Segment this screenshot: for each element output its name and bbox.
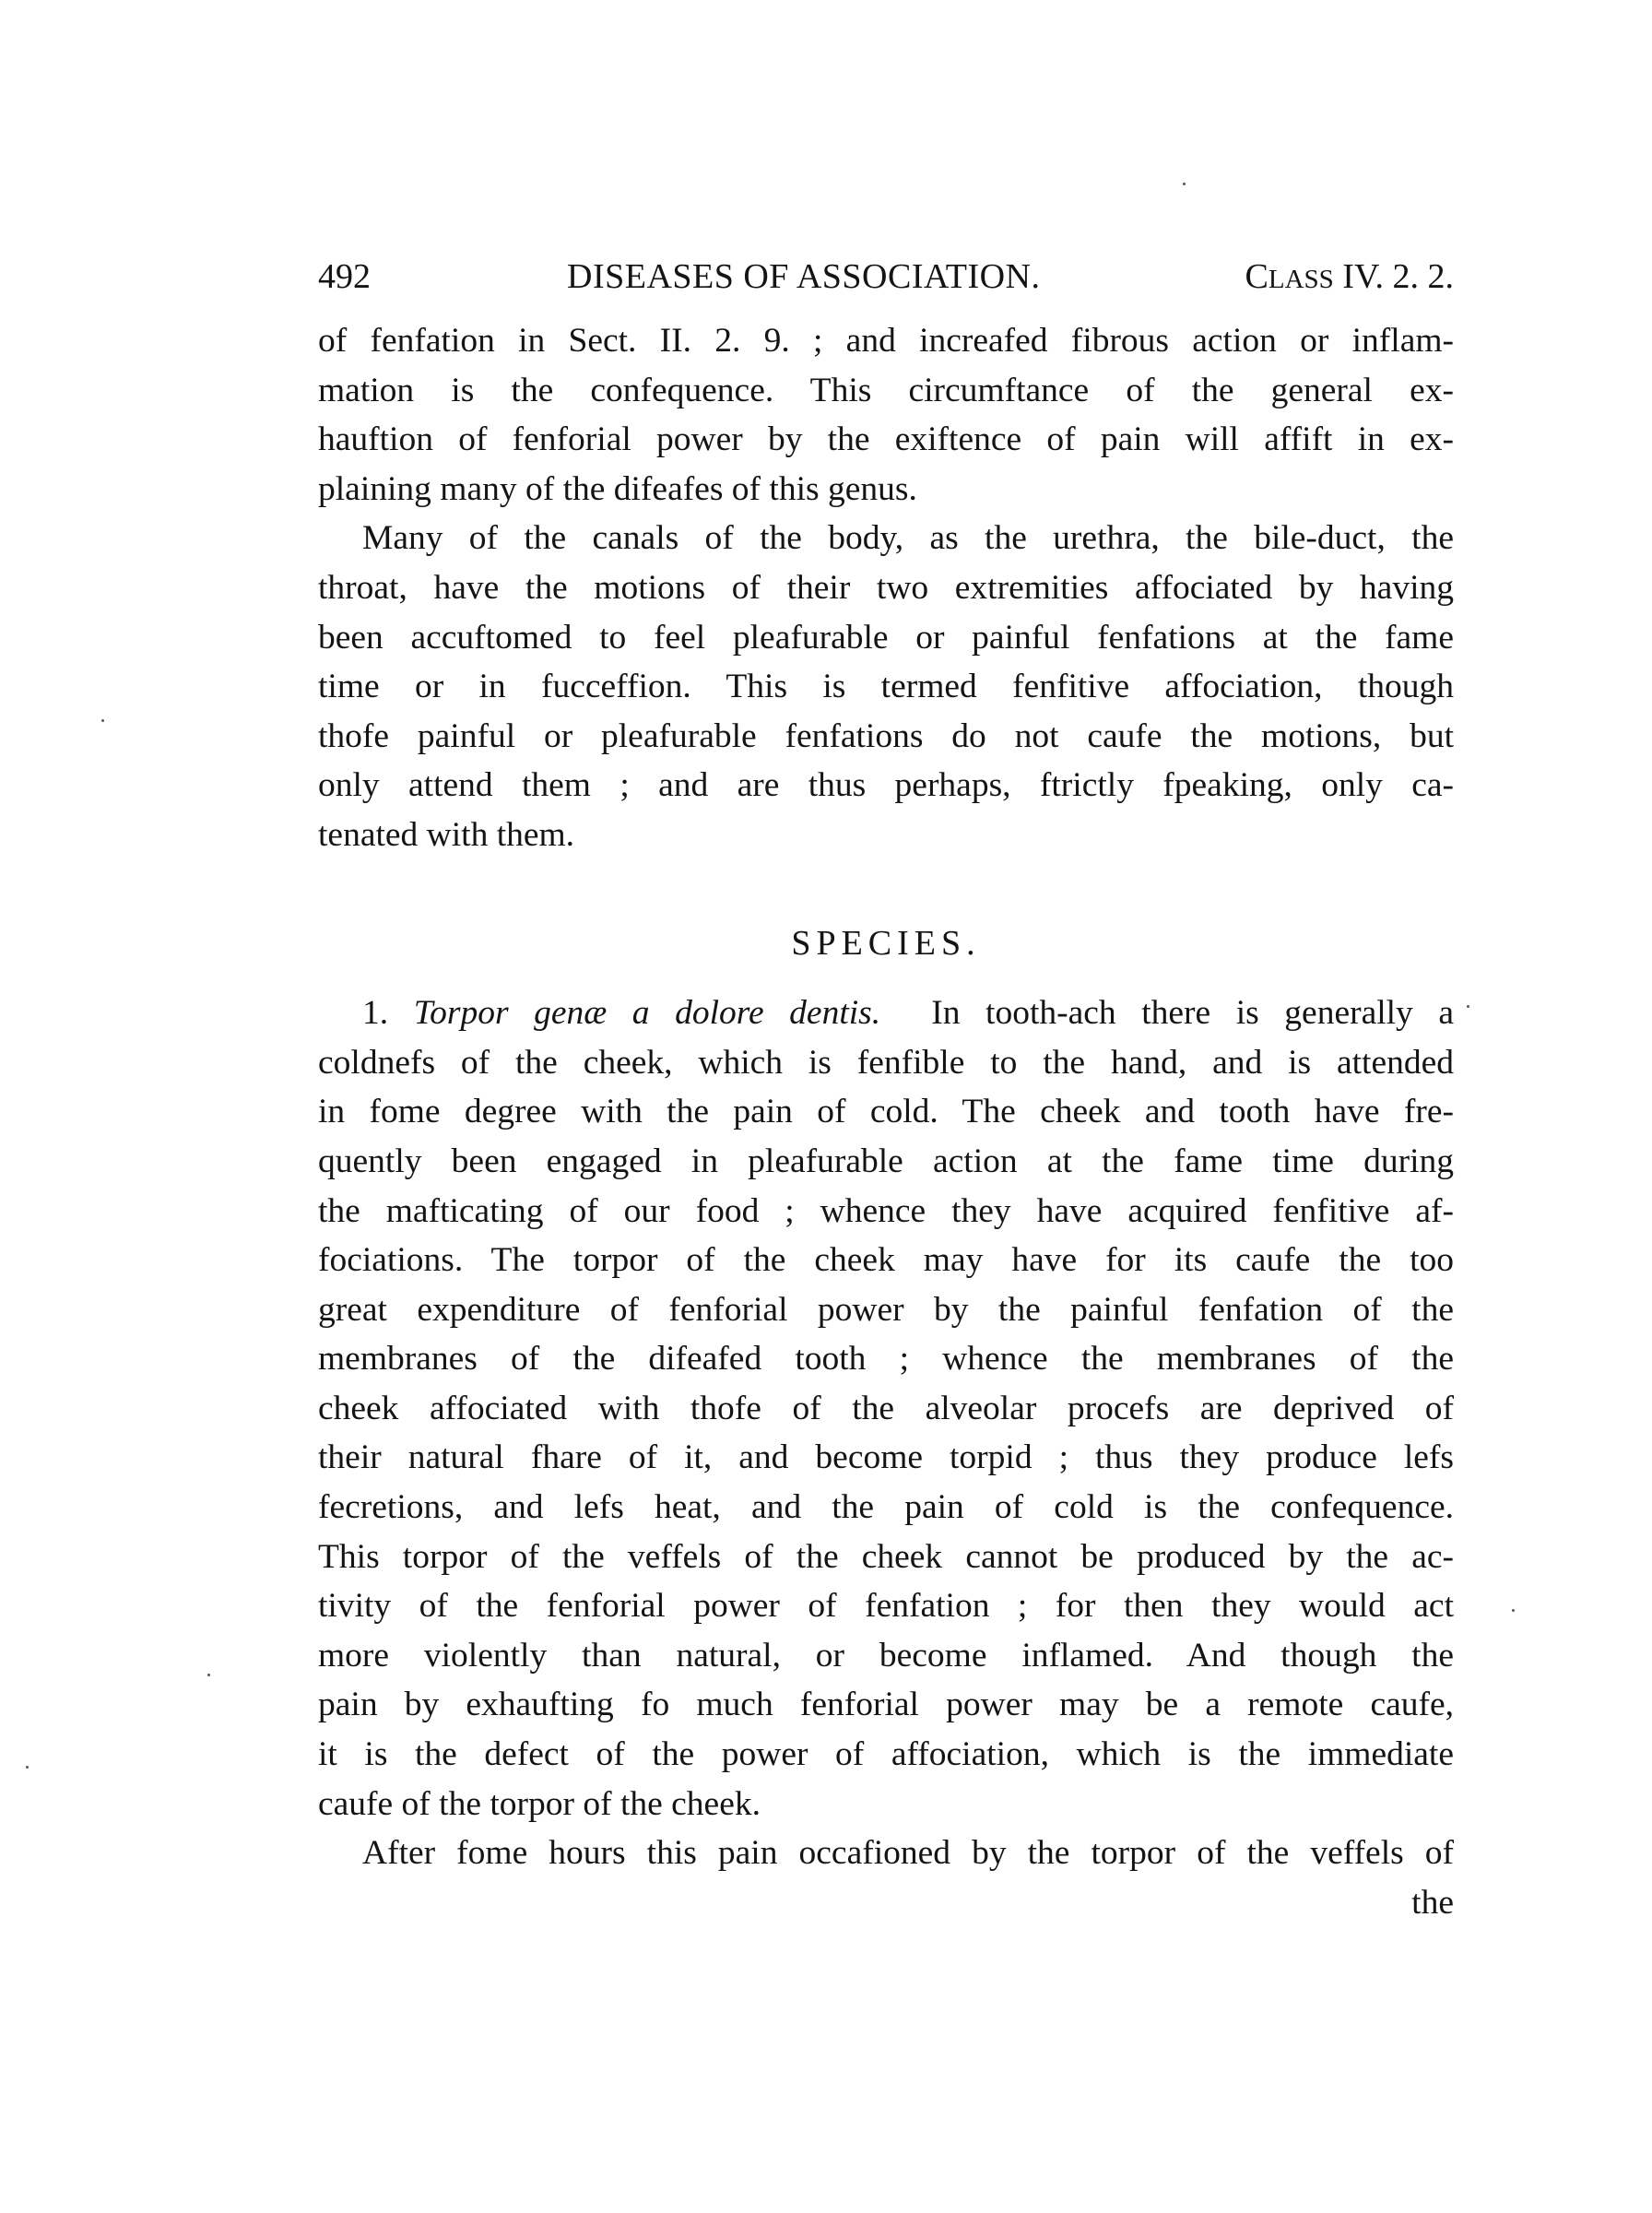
scan-speck <box>26 1766 29 1769</box>
text-line: plaining many of the difeafes of this ge… <box>318 465 1454 515</box>
text-line: fociations. The torpor of the cheek may … <box>318 1236 1454 1285</box>
text-line: only attend them ; and are thus perhaps,… <box>318 761 1454 811</box>
text-line: great expenditure of fenforial power by … <box>318 1285 1454 1335</box>
text-line: the mafticating of our food ; whence the… <box>318 1187 1454 1237</box>
species-first-line-text: In tooth-ach there is generally a <box>931 994 1454 1032</box>
text-line: quently been engaged in pleafurable acti… <box>318 1137 1454 1187</box>
species-latin-name: Torpor genæ a dolore dentis. <box>414 994 880 1032</box>
text-line: pain by exhaufting fo much fenforial pow… <box>318 1680 1454 1730</box>
paragraph-2: Many of the canals of the body, as the u… <box>318 514 1454 859</box>
species-number: 1. <box>362 994 388 1032</box>
text-line: time or in fucceffion. This is termed fe… <box>318 662 1454 712</box>
text-line: of fenfation in Sect. II. 2. 9. ; and in… <box>318 316 1454 366</box>
text-line: coldnefs of the cheek, which is fenfible… <box>318 1038 1454 1088</box>
text-line: it is the defect of the power of affocia… <box>318 1730 1454 1780</box>
text-line: in fome degree with the pain of cold. Th… <box>318 1087 1454 1137</box>
scan-speck <box>101 719 104 722</box>
section-heading: SPECIES. <box>318 919 1454 969</box>
scan-speck <box>1512 1609 1515 1612</box>
text-line: thofe painful or pleafurable fenfations … <box>318 712 1454 762</box>
text-line: This torpor of the veffels of the cheek … <box>318 1533 1454 1582</box>
text-line: their natural fhare of it, and become to… <box>318 1433 1454 1483</box>
text-line: tivity of the fenforial power of fenfati… <box>318 1581 1454 1631</box>
scan-speck <box>1467 1005 1469 1008</box>
text-line: cheek affociated with thofe of the alveo… <box>318 1384 1454 1434</box>
text-line: After fome hours this pain occafioned by… <box>318 1828 1454 1878</box>
text-line: mation is the confequence. This circumft… <box>318 366 1454 416</box>
book-page: 492 DISEASES OF ASSOCIATION. CLASS IV. 2… <box>318 254 1454 1927</box>
text-line: hauftion of fenforial power by the exift… <box>318 415 1454 465</box>
class-ref-number: IV. 2. 2. <box>1334 257 1454 296</box>
scan-speck <box>207 1674 210 1676</box>
text-line: fecretions, and lefs heat, and the pain … <box>318 1483 1454 1533</box>
running-header: 492 DISEASES OF ASSOCIATION. CLASS IV. 2… <box>318 254 1454 299</box>
text-line: throat, have the motions of their two ex… <box>318 563 1454 613</box>
catchword: the <box>318 1878 1454 1928</box>
page-body: of fenfation in Sect. II. 2. 9. ; and in… <box>318 316 1454 1927</box>
text-line: caufe of the torpor of the cheek. <box>318 1780 1454 1829</box>
page-number: 492 <box>318 254 371 299</box>
running-title: DISEASES OF ASSOCIATION. <box>567 254 1040 299</box>
species-first-line: 1. Torpor genæ a dolore dentis. In tooth… <box>318 988 1454 1038</box>
text-line: tenated with them. <box>318 811 1454 860</box>
species-paragraph: 1. Torpor genæ a dolore dentis. In tooth… <box>318 988 1454 1828</box>
scan-speck <box>1183 183 1186 185</box>
text-line: Many of the canals of the body, as the u… <box>318 514 1454 563</box>
final-paragraph: After fome hours this pain occafioned by… <box>318 1828 1454 1927</box>
text-line: membranes of the difeafed tooth ; whence… <box>318 1334 1454 1384</box>
text-line: more violently than natural, or become i… <box>318 1631 1454 1681</box>
text-line: been accuftomed to feel pleafurable or p… <box>318 613 1454 663</box>
paragraph-1: of fenfation in Sect. II. 2. 9. ; and in… <box>318 316 1454 514</box>
class-reference: CLASS IV. 2. 2. <box>1245 254 1454 302</box>
class-prefix-initial: C <box>1245 257 1268 296</box>
class-prefix-smallcaps: LASS <box>1268 265 1334 294</box>
